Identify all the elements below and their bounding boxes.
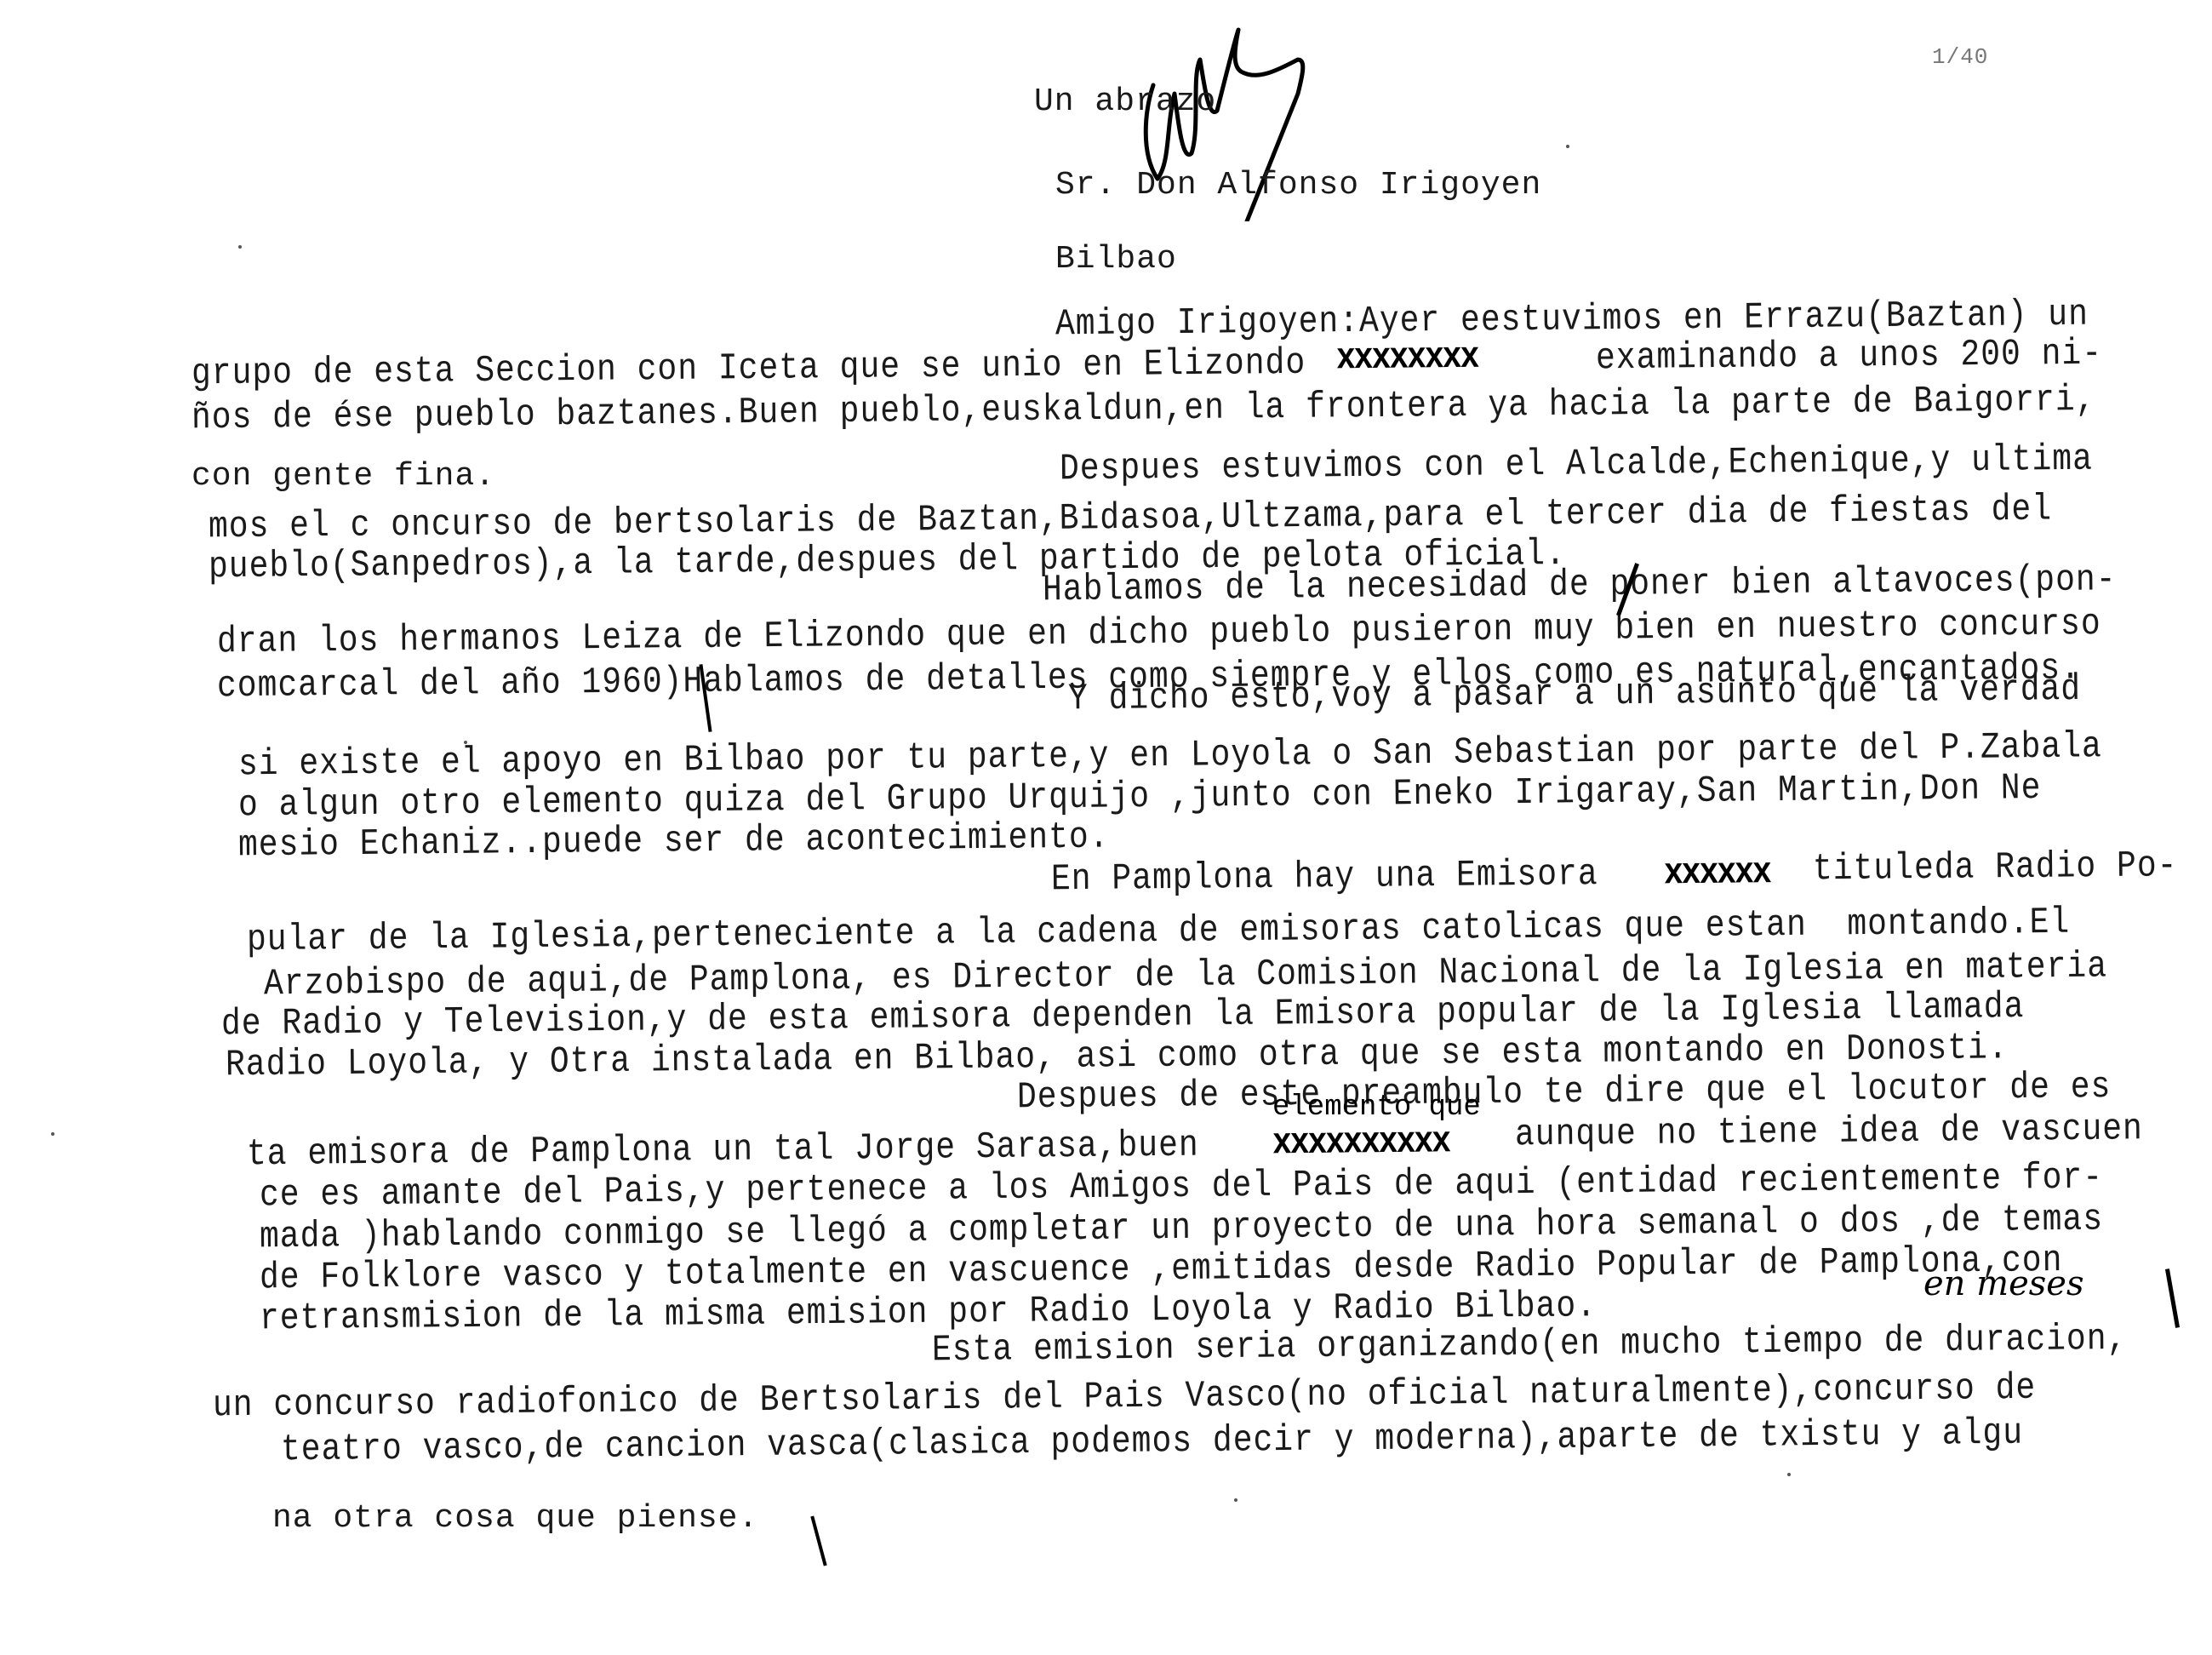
- scan-speck: [51, 1132, 54, 1136]
- scan-speck: [464, 741, 467, 744]
- recipient-name: Sr. Don Alfonso Irigoyen: [1055, 167, 1541, 204]
- struck-text: xxxxxxxxxx: [1272, 1121, 1450, 1166]
- body-line: Despues estuvimos con el Alcalde,Echeniq…: [1060, 438, 2093, 491]
- body-line: mesio Echaniz..puede ser de acontecimien…: [238, 816, 1110, 868]
- scan-speck: [1787, 1473, 1791, 1476]
- recipient-city: Bilbao: [1055, 241, 1177, 278]
- body-line: examinando a unos 200 ni-: [1596, 333, 2103, 381]
- closing-text: Un abrazo: [1034, 83, 1216, 121]
- struck-text: xxxxxxxx: [1336, 336, 1478, 381]
- handwritten-margin-note: en meses: [1923, 1264, 2083, 1303]
- body-line: aunque no tiene idea de vascuen: [1515, 1108, 2143, 1158]
- body-line: tituleda Radio Po-: [1813, 845, 2178, 892]
- scan-speck: [1234, 1498, 1237, 1502]
- inserted-text: elemento que: [1272, 1091, 1481, 1124]
- body-line: En Pamplona hay una Emisora: [1051, 854, 1598, 902]
- handwritten-bracket-mark: [2165, 1268, 2180, 1328]
- struck-text: xxxxxx: [1664, 852, 1770, 896]
- scan-speck: [1566, 145, 1569, 148]
- body-line: con gente fina.: [191, 458, 495, 495]
- handwritten-mark: [810, 1516, 826, 1566]
- scan-speck: [238, 245, 242, 249]
- body-line: Y dicho esto,voy a pasar a un asunto que…: [1068, 668, 2082, 721]
- corner-note: 1/40: [1932, 38, 1988, 76]
- body-line: na otra cosa que piense.: [272, 1500, 758, 1538]
- letter-page: Un abrazo 1/40 Sr. Don Alfonso Irigoyen …: [0, 0, 2212, 1655]
